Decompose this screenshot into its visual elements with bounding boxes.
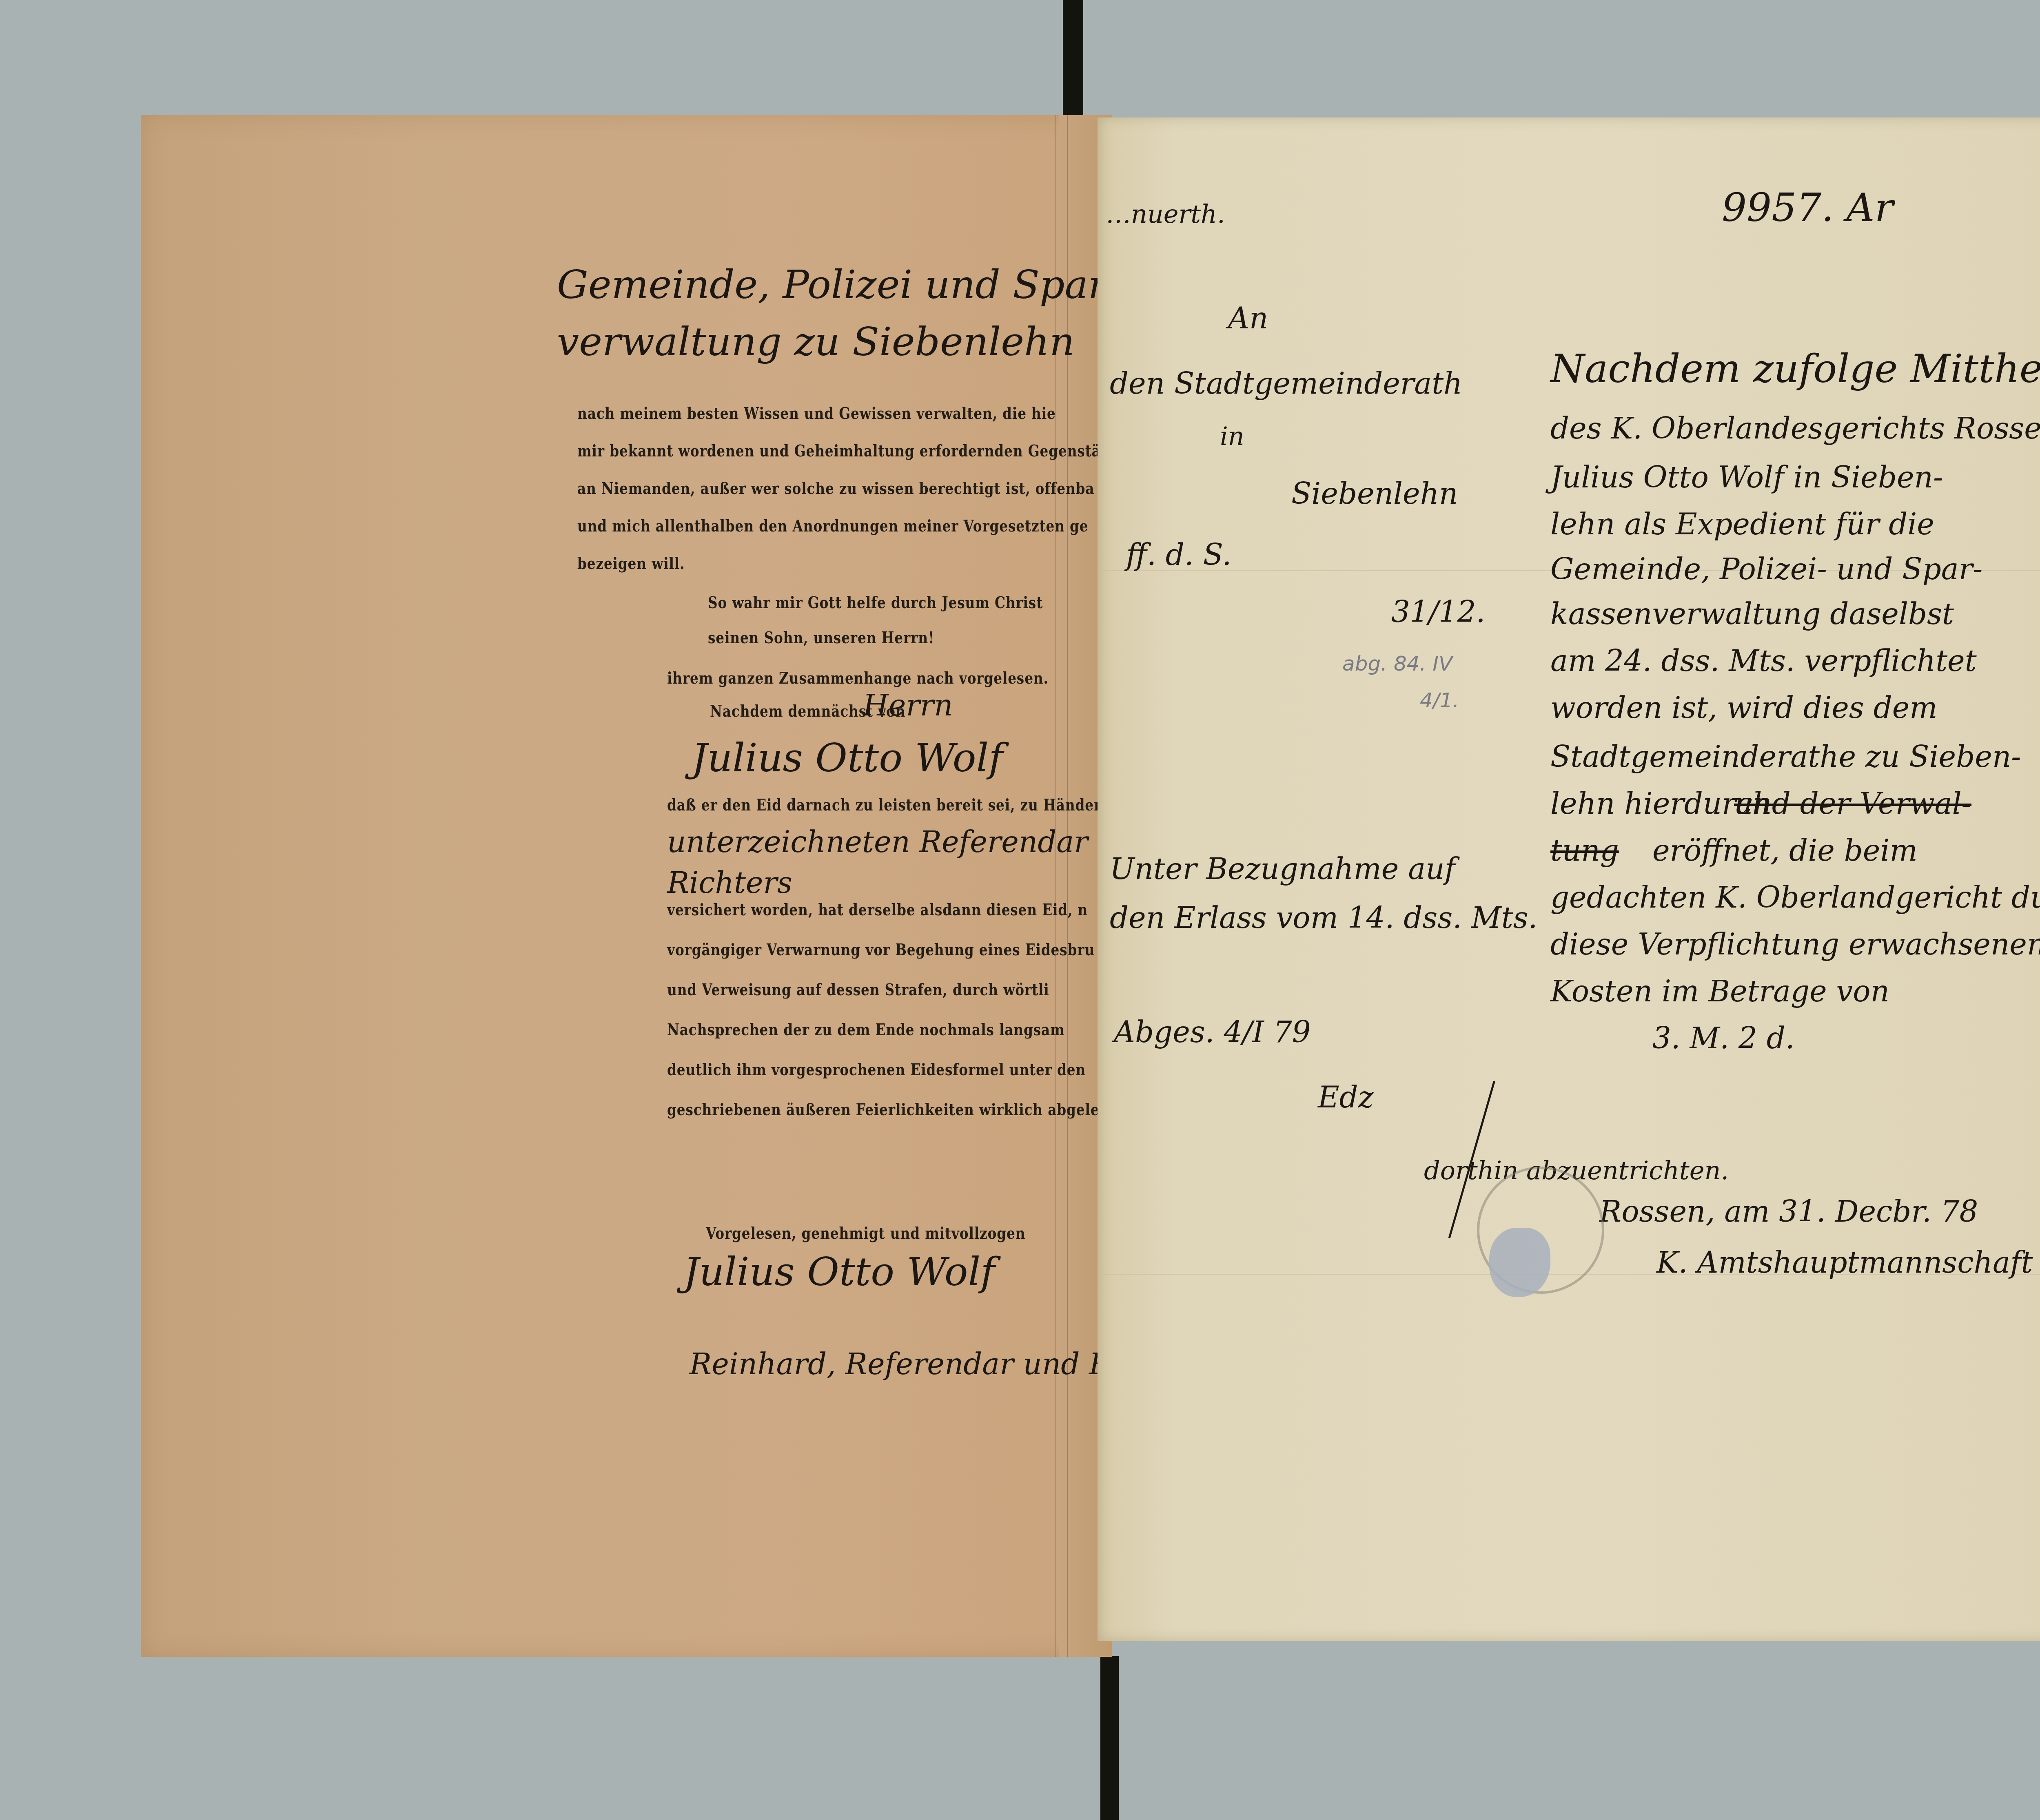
body-line-3: Julius Otto Wolf in Sieben- xyxy=(1550,460,1943,494)
top-left-fragment: …nuerth. xyxy=(1106,199,1225,229)
signature-sworn: Julius Otto Wolf xyxy=(683,1249,995,1295)
margin-note-1: Unter Bezugnahme auf xyxy=(1110,852,1455,886)
body-line-12: gedachten K. Oberlandgericht durch xyxy=(1550,880,2040,914)
body-line-11: eröffnet, die beim xyxy=(1652,833,1918,868)
execution-line-5: deutlich ihm vorgesprochenen Eidesformel… xyxy=(667,1060,1086,1079)
body-line-1: Nachdem zufolge Mittheilung xyxy=(1550,346,2040,392)
authority-signature: K. Amtshauptmannschaft xyxy=(1656,1245,2033,1280)
pencil-note: abg. 84. IV xyxy=(1342,652,1452,675)
address-town: Siebenlehn xyxy=(1291,476,1458,511)
oath-line-3: an Niemanden, außer wer solche zu wissen… xyxy=(577,479,1094,498)
oath-line-5: bezeigen will. xyxy=(577,554,685,573)
left-page: Gemeinde, Polizei und Sparkassen- verwal… xyxy=(141,115,1112,1657)
oath-line-1: nach meinem besten Wissen und Gewissen v… xyxy=(577,404,1056,423)
signature-official: Reinhard, Referendar und Ri xyxy=(690,1347,1121,1381)
body-line-14: Kosten im Betrage von xyxy=(1550,974,1889,1008)
body-line-9: Stadtgemeinderathe zu Sieben- xyxy=(1550,740,2021,774)
receipt-initials: Edz xyxy=(1318,1080,1374,1114)
receipt-note: Abges. 4/I 79 xyxy=(1114,1015,1311,1049)
execution-line-1: versichert worden, hat derselbe alsdann … xyxy=(667,900,1088,919)
body-line-4: lehn als Expedient für die xyxy=(1550,507,1934,541)
pencil-date: 4/1. xyxy=(1420,689,1459,712)
body-line-5: Gemeinde, Polizei- und Spar- xyxy=(1550,552,1982,586)
blue-stain xyxy=(1489,1228,1550,1297)
before-whom-hand-2: Richters xyxy=(667,866,792,900)
margin-note-2: den Erlass vom 14. dss. Mts. xyxy=(1110,901,1538,935)
read-aloud-line: ihrem ganzen Zusammenhange nach vorgeles… xyxy=(667,669,1049,688)
address-an: An xyxy=(1228,301,1268,335)
amount: 3. M. 2 d. xyxy=(1652,1021,1795,1055)
struck-text-2: tung xyxy=(1550,833,1619,868)
before-whom-hand: unterzeichneten Referendar und xyxy=(667,825,1154,859)
body-line-8: worden ist, wird dies dem xyxy=(1550,691,1938,725)
oath-line-4: und mich allenthalben den Anordnungen me… xyxy=(577,516,1088,536)
oath-formula-2: seinen Sohn, unseren Herrn! xyxy=(708,628,934,647)
struck-text-1: und der Verwal- xyxy=(1734,786,1971,821)
address-recipient: den Stadtgemeinderath xyxy=(1110,366,1463,401)
body-line-13: diese Verpflichtung erwachsenen xyxy=(1550,927,2040,961)
body-line-2: des K. Oberlandesgerichts Rossen xyxy=(1550,411,2040,445)
place-date: Rossen, am 31. Decbr. 78 xyxy=(1599,1194,1978,1229)
binding-strip-top xyxy=(1063,0,1083,118)
abbrev-mark: ff. d. S. xyxy=(1126,538,1231,572)
body-line-6: kassenverwaltung daselbst xyxy=(1550,597,1954,631)
closing-printed: Vorgelesen, genehmigt und mitvollzogen xyxy=(706,1224,1025,1243)
body-line-7: am 24. dss. Mts. verpflichtet xyxy=(1550,644,1977,678)
file-number: 9957. Ar xyxy=(1722,185,1894,230)
execution-line-3: und Verweisung auf dessen Strafen, durch… xyxy=(667,980,1049,999)
date-mark: 31/12. xyxy=(1391,595,1485,629)
execution-line-4: Nachsprechen der zu dem Ende nochmals la… xyxy=(667,1020,1065,1039)
nachdem-hand: Herrn xyxy=(863,688,953,722)
execution-line-6: geschriebenen äußeren Feierlichkeiten wi… xyxy=(667,1100,1120,1119)
oath-line-2: mir bekannt wordenen und Geheimhaltung e… xyxy=(577,441,1101,461)
sworn-name: Julius Otto Wolf xyxy=(692,735,1003,781)
willingness-line: daß er den Eid darnach zu leisten bereit… xyxy=(667,795,1104,815)
address-in: in xyxy=(1220,421,1244,451)
execution-line-2: vorgängiger Verwarnung vor Begehung eine… xyxy=(667,940,1095,959)
oath-formula-1: So wahr mir Gott helfe durch Jesum Chris… xyxy=(708,593,1043,612)
right-page: …nuerth. 9957. Ar An den Stadtgemeindera… xyxy=(1098,117,2040,1641)
binding-strip-bottom xyxy=(1100,1656,1119,1820)
heading-line-2: verwaltung zu Siebenlehn xyxy=(557,319,1075,365)
